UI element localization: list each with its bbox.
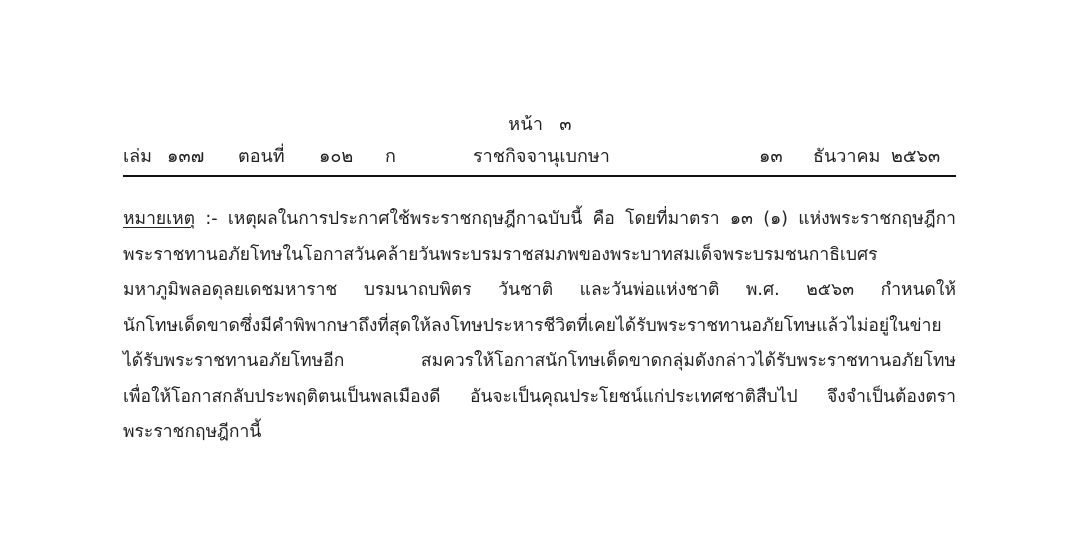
page-number-value: ๓: [559, 114, 572, 135]
remark-line-2: พระราชทานอภัยโทษในโอกาสวันคล้ายวันพระบรม…: [123, 238, 956, 274]
remark-line-3: มหาภูมิพลอดุลยเดชมหาราช บรมนาถบพิตร วันช…: [123, 273, 956, 309]
remark-separator: :-: [195, 209, 228, 229]
gazette-header: เล่ม ๑๓๗ ตอนที่ ๑๐๒ ก ราชกิจจานุเบกษา ๑๓…: [123, 144, 956, 170]
remark-line-4: นักโทษเด็ดขาดซึ่งมีคำพิพากษาถึงที่สุดให้…: [123, 309, 956, 345]
remark-paragraph: หมายเหตุ :- เหตุผลในการประกาศใช้พระราชกฤ…: [123, 202, 956, 451]
remark-text: เหตุผลในการประกาศใช้พระราชกฤษฎีกาฉบับนี้…: [228, 209, 956, 229]
remark-line-7: พระราชกฤษฎีกานี้: [123, 415, 956, 451]
date-day: ๑๓: [759, 144, 783, 170]
remark-line-5: ได้รับพระราชทานอภัยโทษอีก สมควรให้โอกาสน…: [123, 344, 956, 380]
page-number: หน้า๓: [0, 112, 1080, 138]
remark-label: หมายเหตุ: [123, 209, 195, 229]
volume-label: เล่ม: [123, 144, 152, 170]
section-letter: ก: [385, 144, 396, 170]
gazette-name: ราชกิจจานุเบกษา: [473, 144, 610, 170]
volume-number: ๑๓๗: [167, 144, 204, 170]
remark-line-1: หมายเหตุ :- เหตุผลในการประกาศใช้พระราชกฤ…: [123, 202, 956, 238]
date-month: ธันวาคม: [813, 144, 880, 170]
page-label: หน้า: [508, 114, 543, 135]
date-year: ๒๕๖๓: [891, 144, 940, 170]
remark-line-6: เพื่อให้โอกาสกลับประพฤติตนเป็นพลเมืองดี …: [123, 380, 956, 416]
gazette-page: หน้า๓ เล่ม ๑๓๗ ตอนที่ ๑๐๒ ก ราชกิจจานุเบ…: [0, 0, 1080, 550]
header-divider: [123, 175, 956, 177]
issue-number: ๑๐๒: [319, 144, 353, 170]
issue-label: ตอนที่: [238, 144, 285, 170]
